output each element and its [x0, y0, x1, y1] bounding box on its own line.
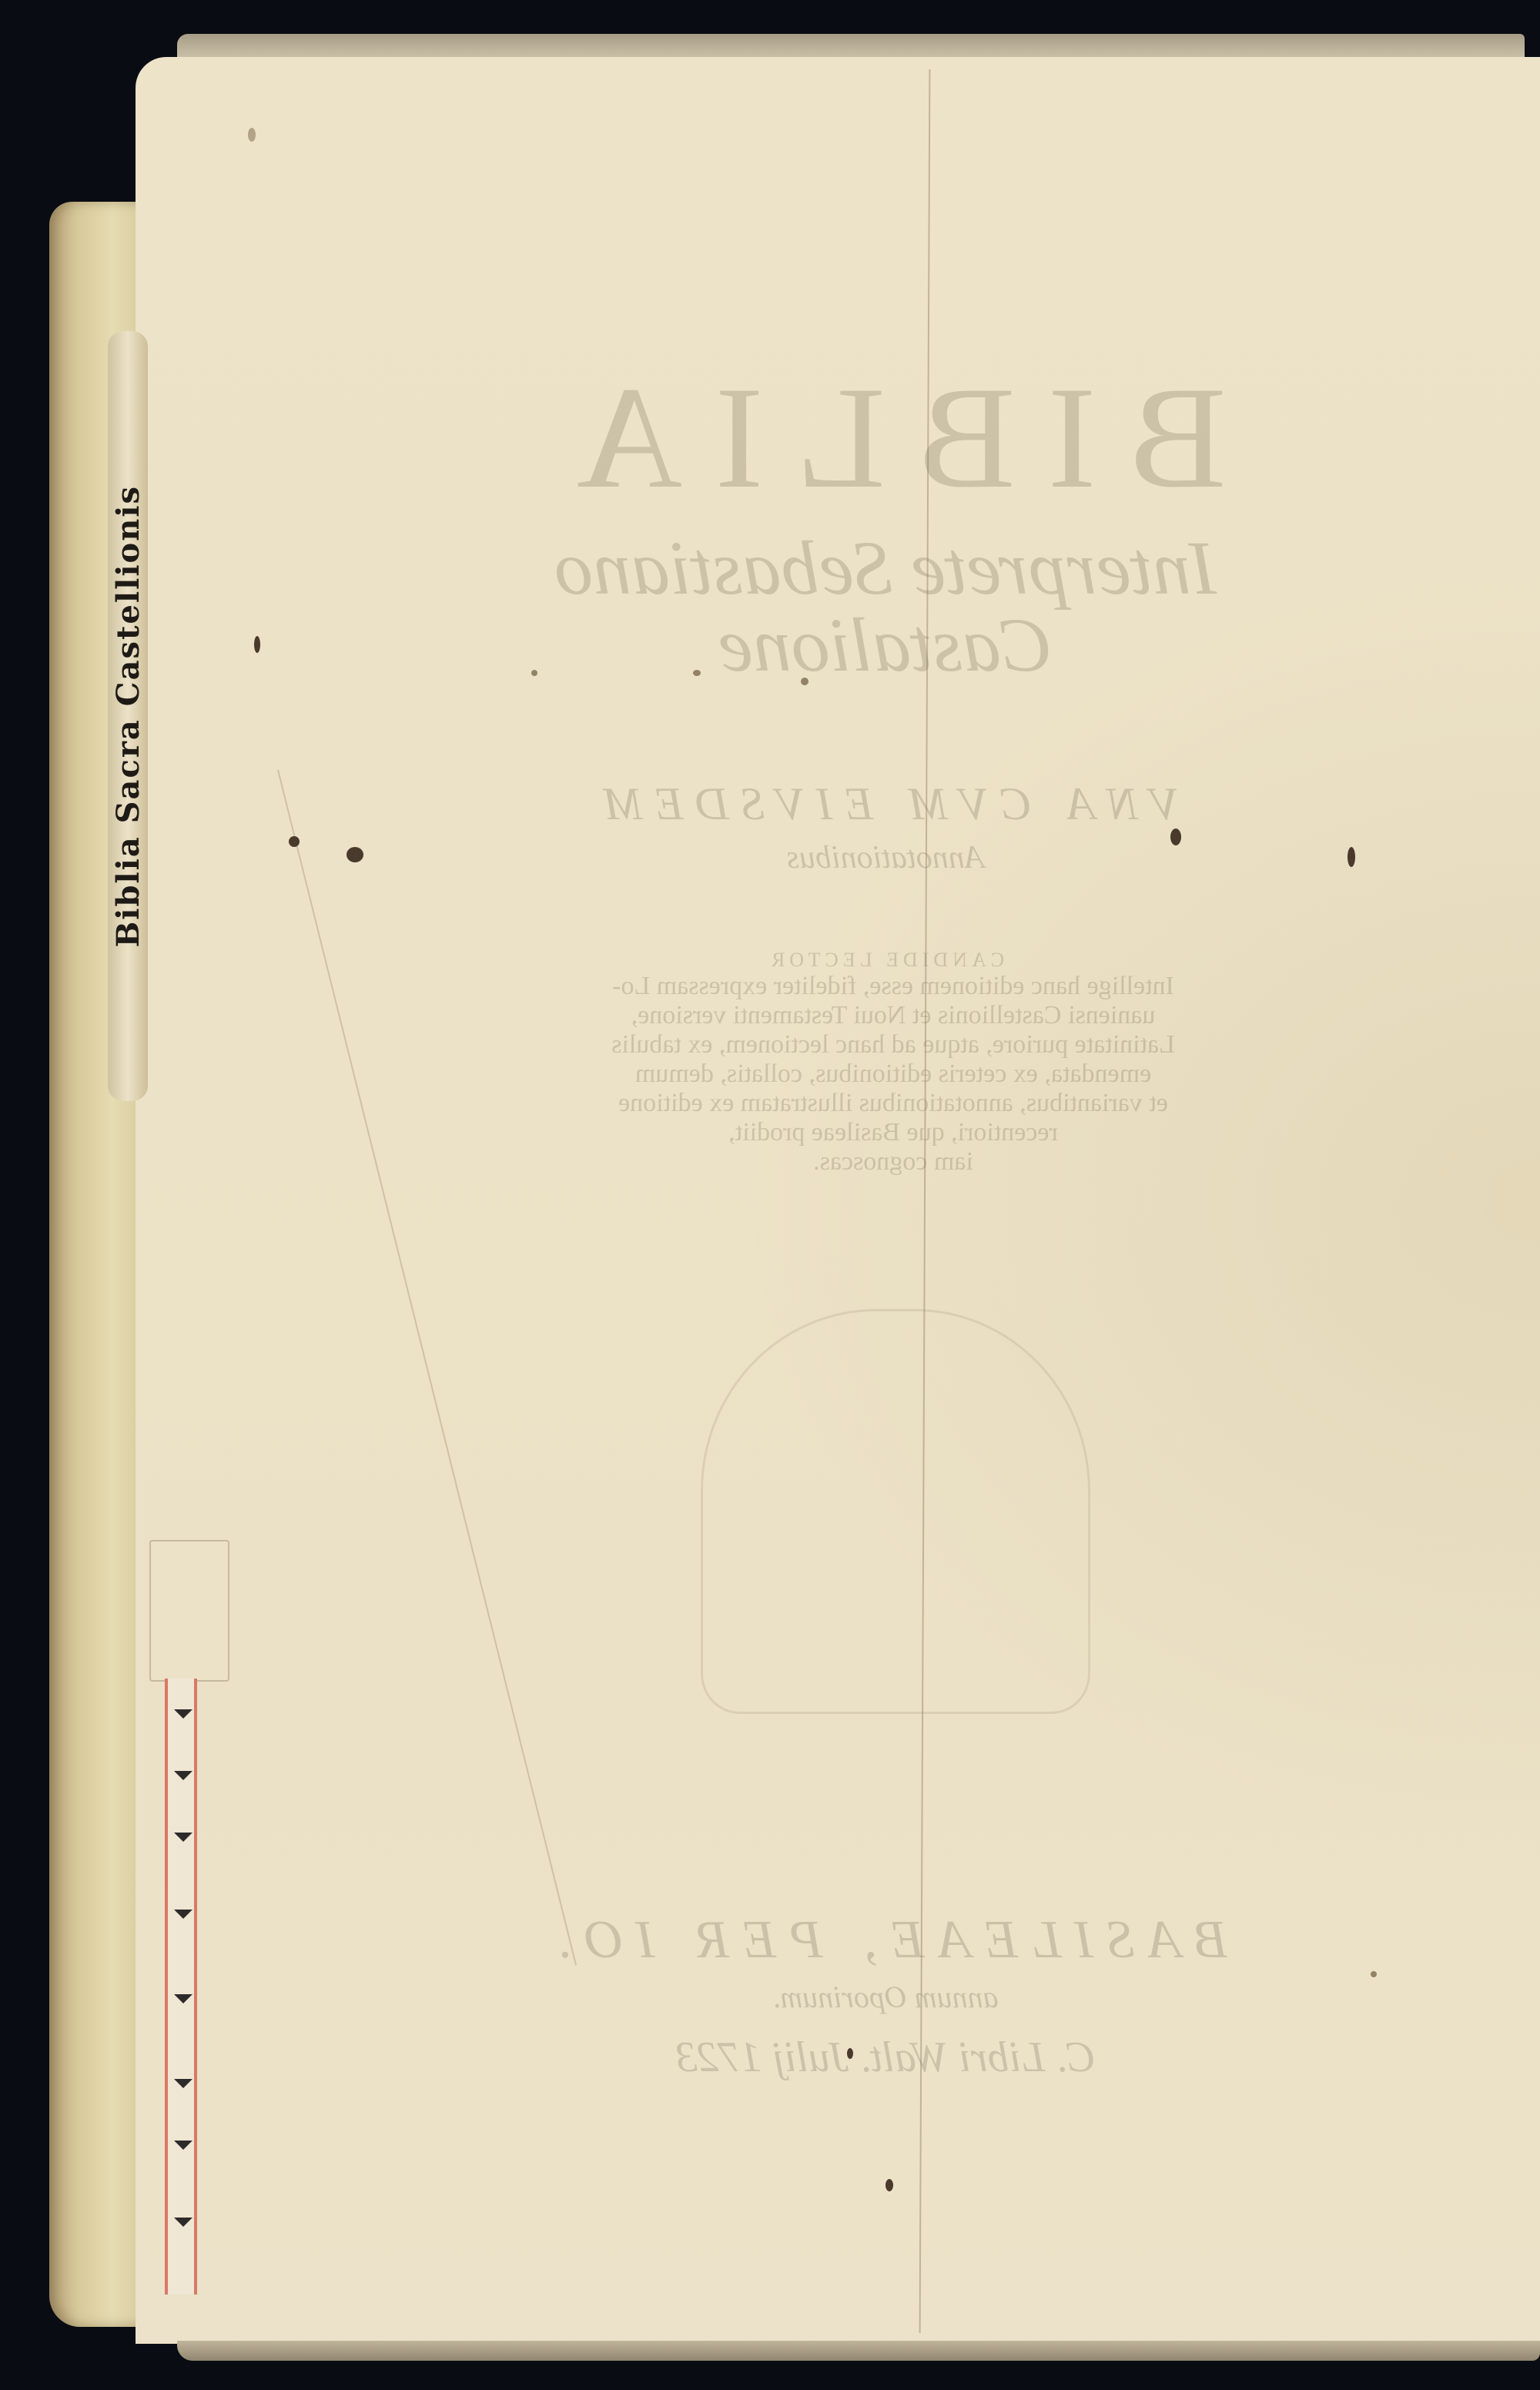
- ink-stain: [254, 636, 260, 653]
- printer-device-emblem: [701, 1309, 1090, 1714]
- ink-stain: [1347, 847, 1355, 867]
- foxing-spot: [693, 670, 701, 676]
- foxing-spot: [801, 678, 808, 685]
- paragraph-line: uaniensi Castellionis et Noui Testamenti…: [462, 1001, 1324, 1030]
- show-through-title: BIBLIA: [431, 354, 1340, 522]
- show-through-caps-line: VNA CVM EIVSDEM: [431, 778, 1340, 831]
- show-through-imprint-sub: annum Oporinum.: [431, 1979, 1340, 2015]
- bottom-board-edge: [177, 2341, 1540, 2361]
- paragraph-line: Latinitate puriore, atque ad hanc lectio…: [462, 1030, 1324, 1059]
- paragraph-line: et variantibus, annotationibus illustrat…: [462, 1089, 1324, 1118]
- show-through-subtitle-1: Interprete Sebastiano: [431, 524, 1340, 612]
- paragraph-line: emendata, ex ceteris editionibus, collat…: [462, 1059, 1324, 1089]
- paragraph-line: iam cognoscas.: [462, 1147, 1324, 1177]
- paragraph-line: recentiori, que Basileae prodiit,: [462, 1118, 1324, 1147]
- red-ruled-edge: [165, 1679, 197, 2295]
- foxing-spot: [1371, 1971, 1377, 1977]
- show-through-handwritten-note: C. Libri Walt. Julij 1723: [431, 2033, 1340, 2082]
- show-through-annotation-line: Annotationibus: [431, 839, 1340, 876]
- spine-label: Biblia Sacra Castellionis: [108, 331, 148, 1101]
- spine-label-text: Biblia Sacra Castellionis: [110, 485, 146, 948]
- foxing-spot: [531, 670, 537, 676]
- show-through-paragraph: Intellige hanc editionem esse, fideliter…: [462, 972, 1324, 1177]
- ink-stain: [289, 836, 300, 847]
- show-through-subtitle-2: Castalione: [431, 601, 1340, 689]
- torn-paper-tab: [149, 1540, 229, 1682]
- paragraph-line: Intellige hanc editionem esse, fideliter…: [462, 972, 1324, 1001]
- ink-stain: [847, 2048, 853, 2059]
- ink-stain: [885, 2179, 893, 2191]
- show-through-imprint: BASILEAE, PER IO.: [431, 1910, 1340, 1971]
- ink-stain: [1170, 828, 1181, 845]
- show-through-heading: CANDIDE LECTOR: [431, 949, 1340, 972]
- pin-hole: [248, 128, 256, 142]
- ink-stain: [346, 847, 363, 862]
